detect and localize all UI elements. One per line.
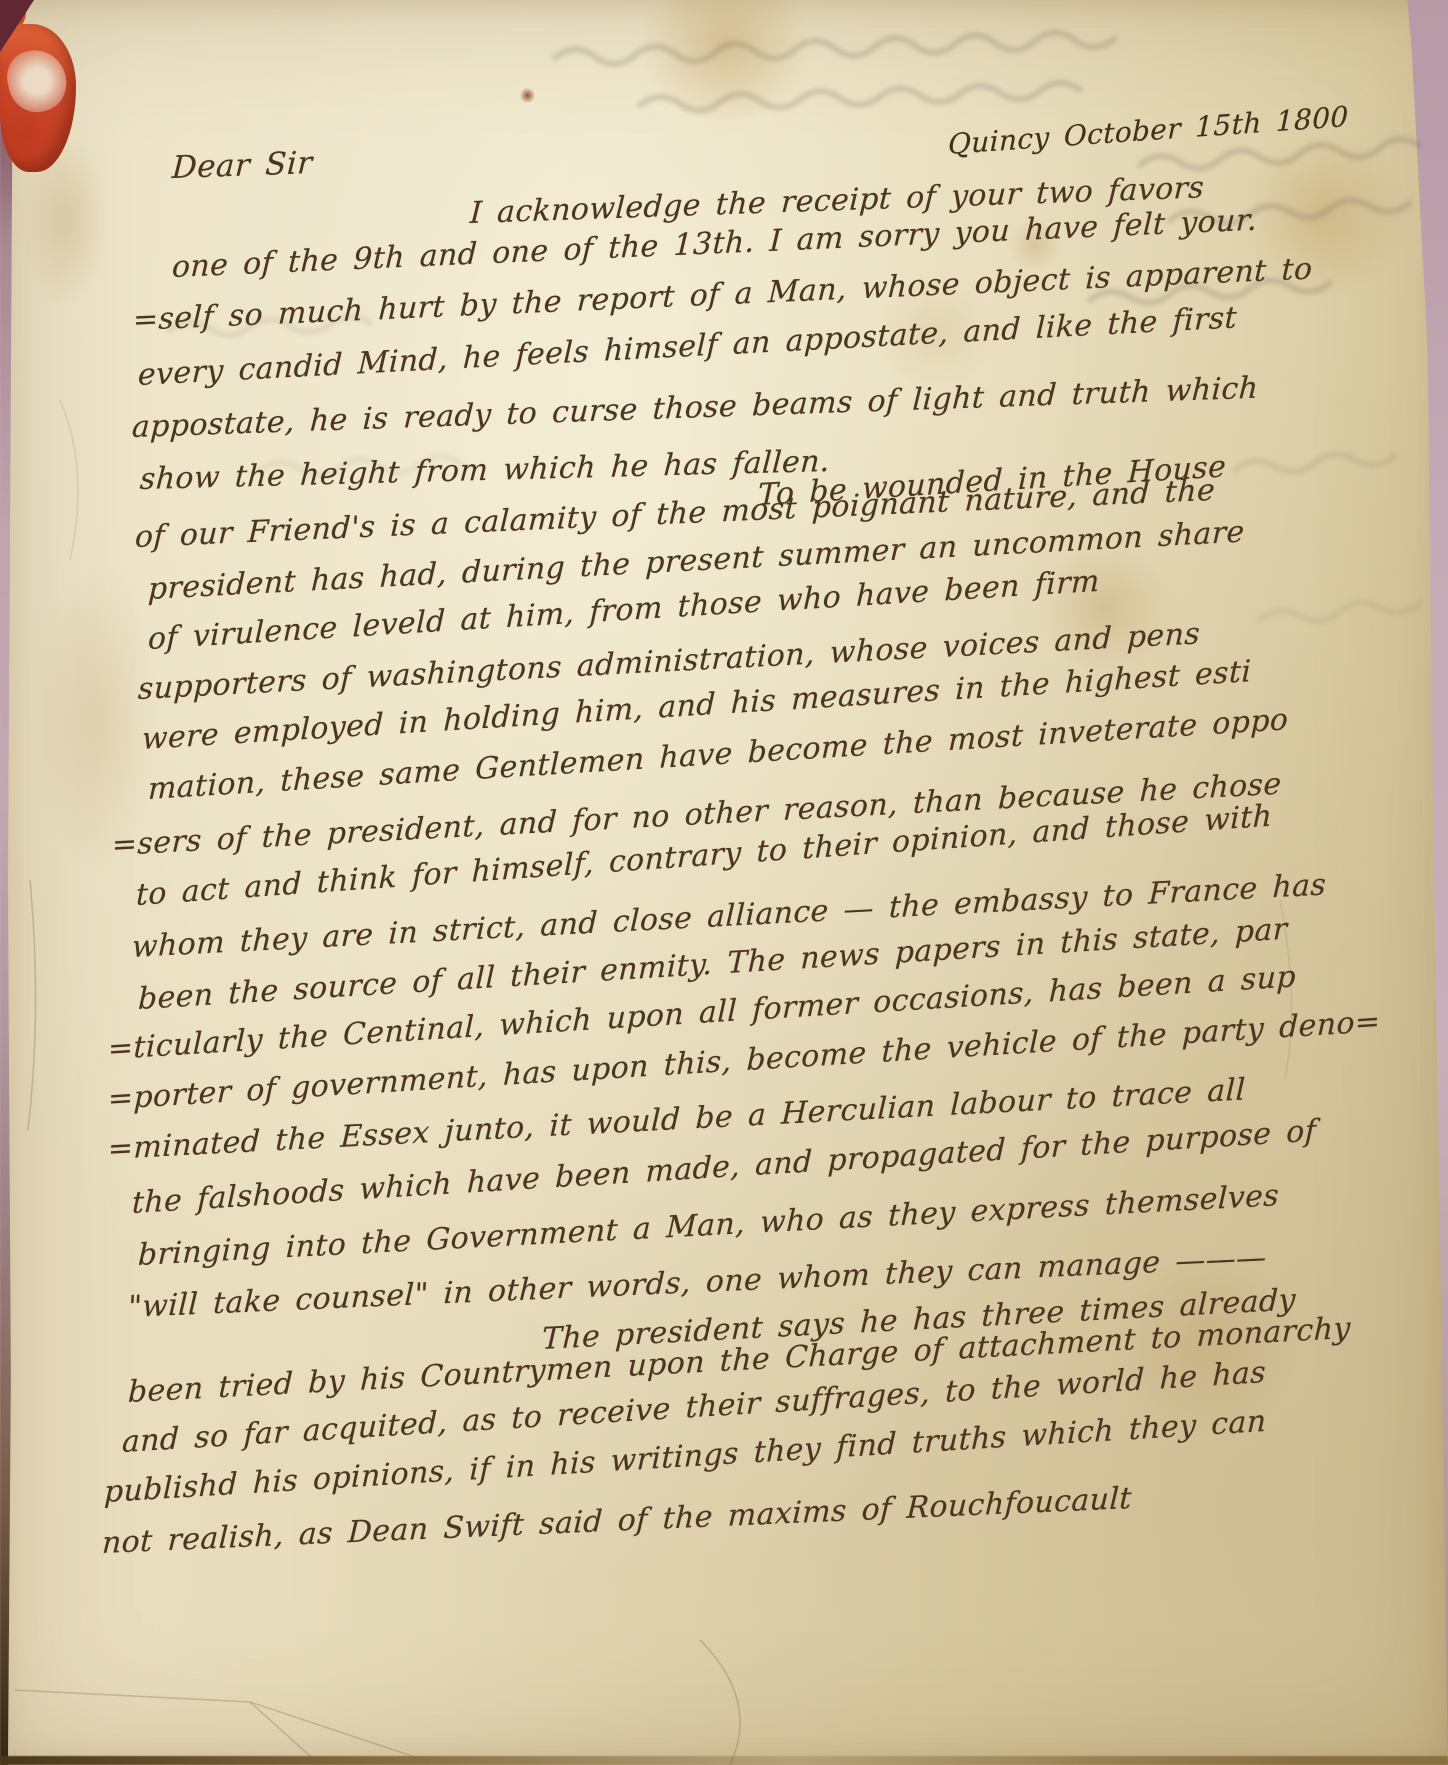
table-edge	[0, 1756, 1448, 1765]
letter-body: Quincy October 15th 1800 Dear Sir I ackn…	[0, 0, 1448, 1765]
manuscript-photo: Quincy October 15th 1800 Dear Sir I ackn…	[0, 0, 1448, 1765]
salutation: Dear Sir	[171, 145, 313, 186]
dateline: Quincy October 15th 1800	[948, 100, 1349, 161]
letter-line: show the height from which he has fallen…	[139, 444, 831, 497]
